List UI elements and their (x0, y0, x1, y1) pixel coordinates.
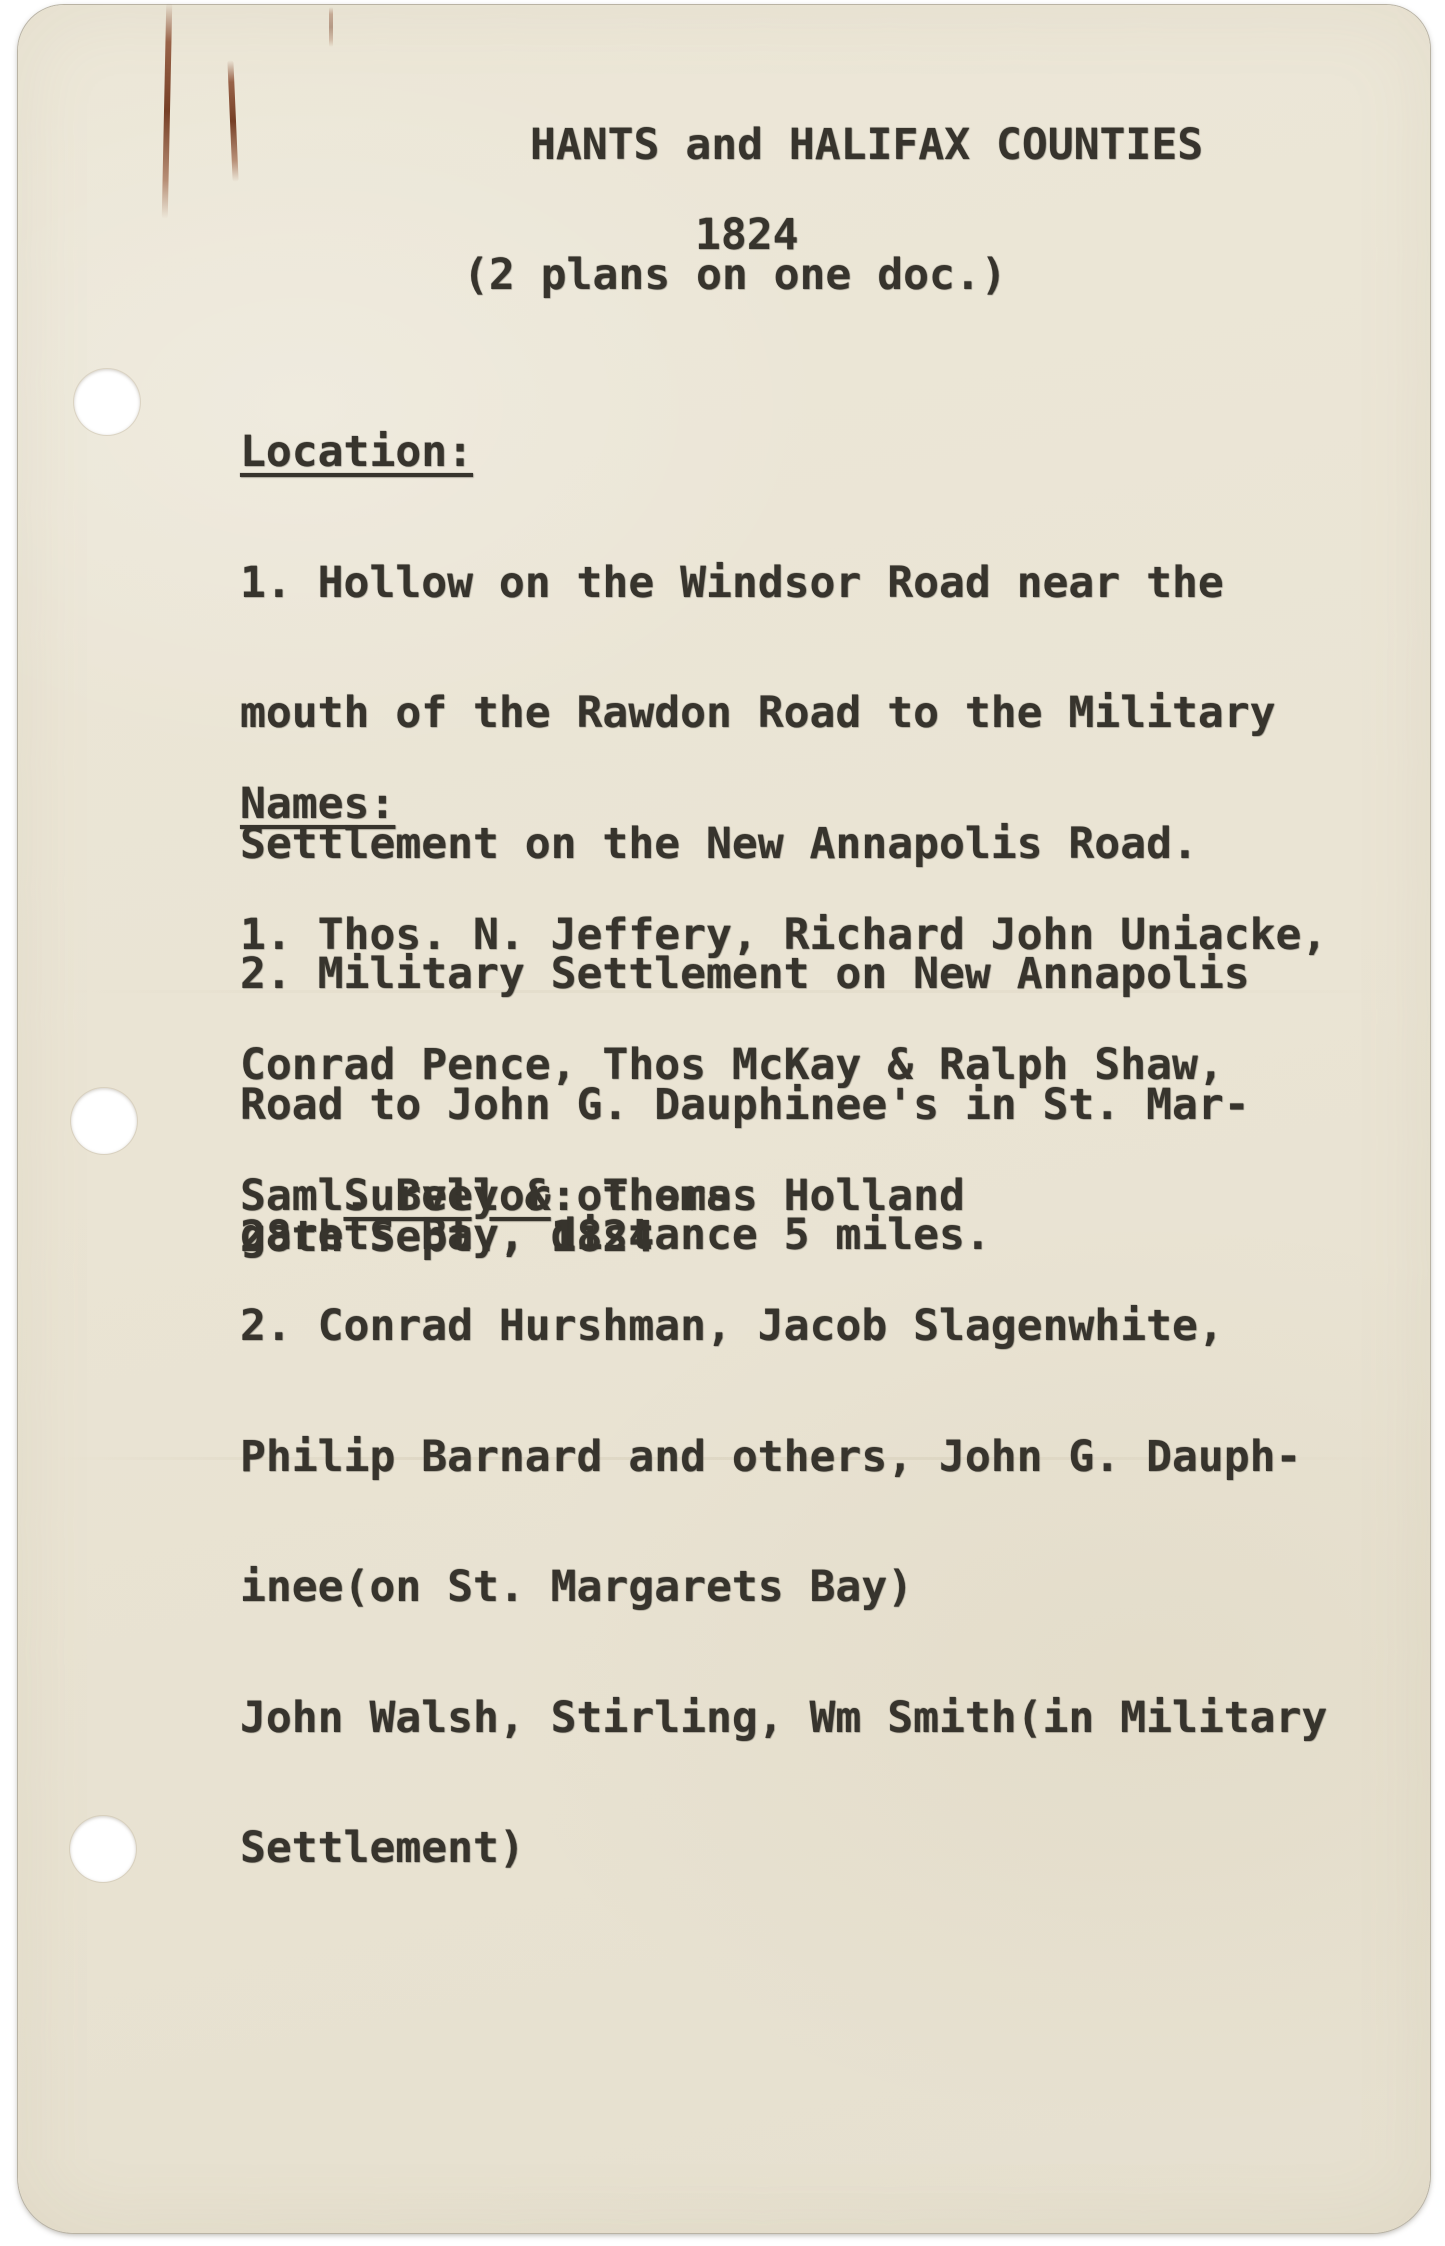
names-line: Settlement) (240, 1827, 1327, 1871)
document-title: HANTS and HALIFAX COUNTIES (530, 124, 1203, 168)
scan-background: { "document": { "title": "HANTS and HALI… (0, 0, 1445, 2246)
names-line: Philip Barnard and others, John G. Dauph… (240, 1436, 1327, 1480)
document-subtitle: (2 plans on one doc.) (463, 254, 1007, 298)
section-names: Names: 1. Thos. N. Jeffery, Richard John… (240, 696, 1327, 1958)
rust-stain-1 (162, 3, 173, 219)
names-line: 1. Thos. N. Jeffery, Richard John Uniack… (240, 914, 1327, 958)
names-line: inee(on St. Margarets Bay) (240, 1566, 1327, 1610)
paper-sheet: HANTS and HALIFAX COUNTIES 1824 (2 plans… (18, 5, 1430, 2233)
punch-hole-top (74, 369, 140, 435)
punch-hole-middle (71, 1088, 137, 1154)
document-date: 28th Sept., 1824 (240, 1216, 654, 1260)
punch-hole-bottom (70, 1816, 136, 1882)
names-heading: Names: (240, 779, 395, 829)
location-line: 1. Hollow on the Windsor Road near the (240, 562, 1276, 606)
names-line: 2. Conrad Hurshman, Jacob Slagenwhite, (240, 1305, 1327, 1349)
location-heading: Location: (240, 427, 473, 477)
rust-stain-2 (227, 60, 238, 182)
names-line: Conrad Pence, Thos McKay & Ralph Shaw, (240, 1044, 1327, 1088)
rust-stain-3 (329, 7, 333, 47)
names-line: John Walsh, Stirling, Wm Smith(in Milita… (240, 1697, 1327, 1741)
